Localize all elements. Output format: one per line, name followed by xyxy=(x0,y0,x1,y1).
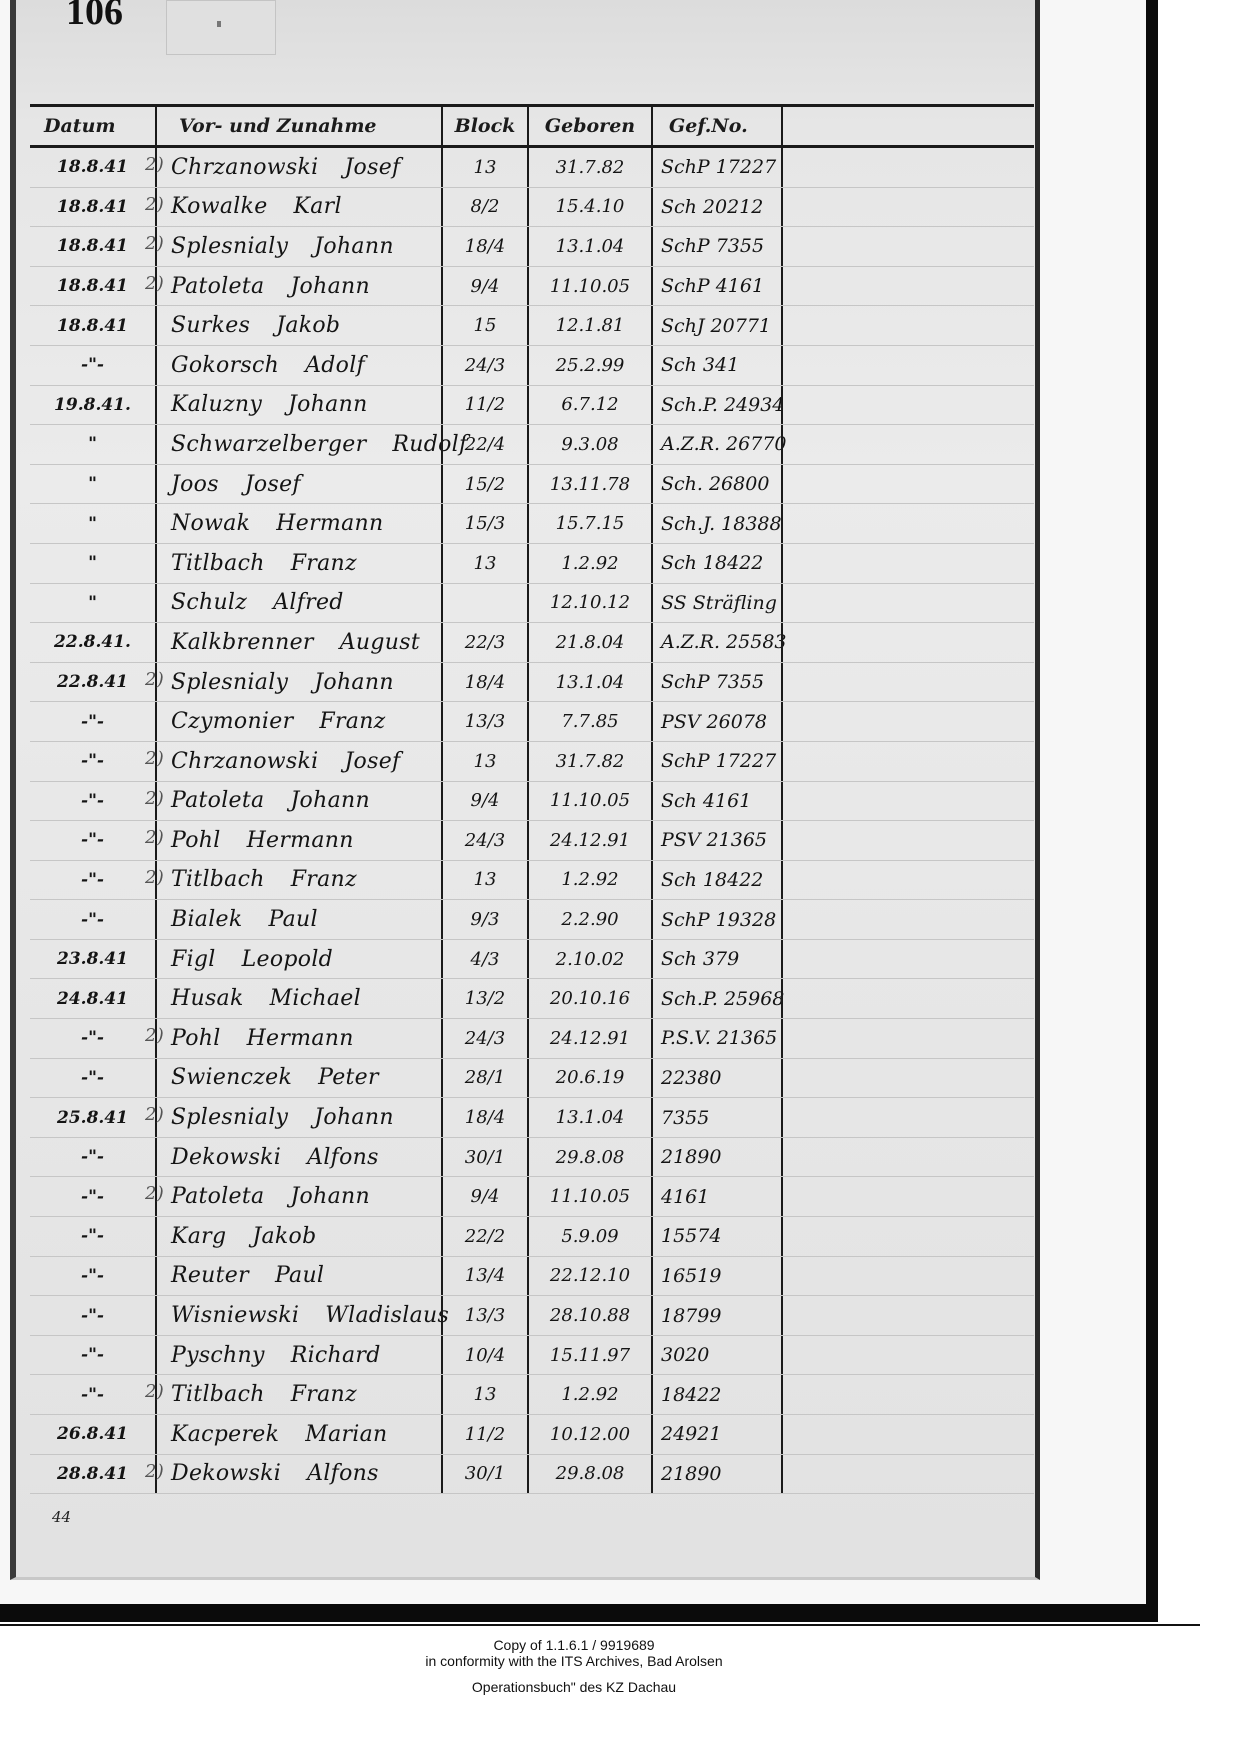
cell-block: 15/3 xyxy=(441,504,527,543)
cell-prisoner-no: Sch 379 xyxy=(651,940,781,979)
cell-surname: Splesnialy xyxy=(171,1105,288,1130)
cell-born: 31.7.82 xyxy=(527,742,651,781)
table-row: 22.8.412)SplesnialyJohann18/413.1.04SchP… xyxy=(30,663,1034,703)
table-row: -"-2)PatoletaJohann9/411.10.05Sch 4161 xyxy=(30,782,1034,822)
cell-block: 18/4 xyxy=(441,663,527,702)
cell-block: 13/2 xyxy=(441,979,527,1018)
cell-extra xyxy=(781,584,1034,623)
cell-surname: Kowalke xyxy=(171,194,268,219)
cell-born: 29.8.08 xyxy=(527,1455,651,1494)
cell-given-name: Leopold xyxy=(242,947,333,972)
cell-name: ReuterPaul xyxy=(155,1257,441,1296)
cell-date: 24.8.41 xyxy=(30,979,155,1018)
cell-born: 21.8.04 xyxy=(527,623,651,662)
cell-block: 9/4 xyxy=(441,782,527,821)
cell-extra xyxy=(781,1257,1034,1296)
cell-surname: Gokorsch xyxy=(171,353,279,378)
cell-name: 2)DekowskiAlfons xyxy=(155,1455,441,1494)
header-block: Block xyxy=(441,107,527,145)
cell-date: 18.8.41 xyxy=(30,227,155,266)
cell-prisoner-no: 7355 xyxy=(651,1098,781,1137)
table-row: "TitlbachFranz131.2.92Sch 18422 xyxy=(30,544,1034,584)
cell-prisoner-no: SchP 17227 xyxy=(651,742,781,781)
table-row: "SchwarzelbergerRudolf22/49.3.08A.Z.R. 2… xyxy=(30,425,1034,465)
cell-block: 13 xyxy=(441,544,527,583)
cell-given-name: Hermann xyxy=(247,828,354,853)
cell-surname: Titlbach xyxy=(171,867,265,892)
cell-date: " xyxy=(30,465,155,504)
cell-extra xyxy=(781,425,1034,464)
cell-date: -"- xyxy=(30,821,155,860)
cell-name: 2)SplesnialyJohann xyxy=(155,227,441,266)
header-born: Geboren xyxy=(527,107,651,145)
cell-extra xyxy=(781,346,1034,385)
cell-surname: Patoleta xyxy=(171,274,264,299)
cell-prisoner-no: 3020 xyxy=(651,1336,781,1375)
cell-prisoner-no: Sch.P. 24934 xyxy=(651,386,781,425)
cell-surname: Kalkbrenner xyxy=(171,630,314,655)
ledger-tail-row: 44 xyxy=(30,1494,1034,1554)
cell-block: 4/3 xyxy=(441,940,527,979)
cell-born: 12.10.12 xyxy=(527,584,651,623)
cell-mark: 2) xyxy=(145,1025,164,1046)
cell-given-name: Johann xyxy=(314,670,394,695)
cell-born: 11.10.05 xyxy=(527,267,651,306)
cell-name: KargJakob xyxy=(155,1217,441,1256)
cell-born: 25.2.99 xyxy=(527,346,651,385)
cell-surname: Schwarzelberger xyxy=(171,432,366,457)
cell-block: 18/4 xyxy=(441,227,527,266)
cell-prisoner-no: Sch 20212 xyxy=(651,188,781,227)
cell-surname: Patoleta xyxy=(171,1184,264,1209)
cell-prisoner-no: 4161 xyxy=(651,1177,781,1216)
cell-name: 2)KowalkeKarl xyxy=(155,188,441,227)
cell-block: 13 xyxy=(441,148,527,187)
cell-given-name: Josef xyxy=(245,472,301,497)
cell-mark: 2) xyxy=(145,788,164,809)
cell-name: 2)PatoletaJohann xyxy=(155,782,441,821)
cell-block: 22/3 xyxy=(441,623,527,662)
cell-born: 15.11.97 xyxy=(527,1336,651,1375)
cell-extra xyxy=(781,900,1034,939)
cell-given-name: Josef xyxy=(344,155,400,180)
cell-date: " xyxy=(30,504,155,543)
cell-prisoner-no: 21890 xyxy=(651,1455,781,1494)
cell-block: 15/2 xyxy=(441,465,527,504)
cell-prisoner-no: SchP 17227 xyxy=(651,148,781,187)
cell-given-name: Franz xyxy=(291,1382,357,1407)
cell-name: SchulzAlfred xyxy=(155,584,441,623)
cell-given-name: Hermann xyxy=(276,511,383,536)
cell-date: -"- xyxy=(30,1217,155,1256)
cell-extra xyxy=(781,1415,1034,1454)
cell-born: 28.10.88 xyxy=(527,1296,651,1335)
cell-date: 26.8.41 xyxy=(30,1415,155,1454)
cell-prisoner-no: Sch.P. 25968 xyxy=(651,979,781,1018)
cell-name: NowakHermann xyxy=(155,504,441,543)
cell-extra xyxy=(781,702,1034,741)
cell-mark: 2) xyxy=(145,748,164,769)
cell-block: 9/4 xyxy=(441,267,527,306)
cell-date: -"- xyxy=(30,742,155,781)
cell-prisoner-no: 15574 xyxy=(651,1217,781,1256)
cell-name: KalkbrennerAugust xyxy=(155,623,441,662)
cell-date: -"- xyxy=(30,861,155,900)
cell-name: 2)PatoletaJohann xyxy=(155,1177,441,1216)
cell-born: 24.12.91 xyxy=(527,1019,651,1058)
cell-name: SwienczekPeter xyxy=(155,1059,441,1098)
cell-date: -"- xyxy=(30,346,155,385)
cell-prisoner-no: Sch 18422 xyxy=(651,544,781,583)
cell-prisoner-no: SchP 7355 xyxy=(651,227,781,266)
cell-date: 19.8.41. xyxy=(30,386,155,425)
cell-born: 2.10.02 xyxy=(527,940,651,979)
cell-date: 22.8.41. xyxy=(30,623,155,662)
cell-born: 5.9.09 xyxy=(527,1217,651,1256)
cell-born: 11.10.05 xyxy=(527,1177,651,1216)
cell-given-name: Alfons xyxy=(307,1461,379,1486)
table-row: 19.8.41.KaluznyJohann11/26.7.12Sch.P. 24… xyxy=(30,386,1034,426)
cell-prisoner-no: SchP 19328 xyxy=(651,900,781,939)
cell-extra xyxy=(781,742,1034,781)
cell-born: 11.10.05 xyxy=(527,782,651,821)
cell-date: -"- xyxy=(30,900,155,939)
cell-given-name: Johann xyxy=(288,392,368,417)
table-row: -"-GokorschAdolf24/325.2.99Sch 341 xyxy=(30,346,1034,386)
cell-given-name: August xyxy=(340,630,420,655)
cell-name: 2)ChrzanowskiJosef xyxy=(155,742,441,781)
cell-prisoner-no: 21890 xyxy=(651,1138,781,1177)
table-row: -"-2)TitlbachFranz131.2.9218422 xyxy=(30,1375,1034,1415)
cell-extra xyxy=(781,1059,1034,1098)
cell-prisoner-no: 16519 xyxy=(651,1257,781,1296)
cell-block xyxy=(441,584,527,623)
cell-name: JoosJosef xyxy=(155,465,441,504)
cell-surname: Pohl xyxy=(171,828,221,853)
cell-date: -"- xyxy=(30,1336,155,1375)
cell-born: 29.8.08 xyxy=(527,1138,651,1177)
cell-mark: 2) xyxy=(145,669,164,690)
cell-surname: Reuter xyxy=(171,1263,249,1288)
cell-extra xyxy=(781,861,1034,900)
cell-surname: Karg xyxy=(171,1224,226,1249)
cell-mark: 2) xyxy=(145,1183,164,1204)
table-row: 28.8.412)DekowskiAlfons30/129.8.0821890 xyxy=(30,1455,1034,1495)
cell-extra xyxy=(781,782,1034,821)
cell-surname: Schulz xyxy=(171,590,247,615)
table-row: -"-SwienczekPeter28/120.6.1922380 xyxy=(30,1059,1034,1099)
cell-mark: 2) xyxy=(145,154,164,175)
cell-extra xyxy=(781,267,1034,306)
cell-date: " xyxy=(30,584,155,623)
cell-extra xyxy=(781,1217,1034,1256)
cell-date: " xyxy=(30,544,155,583)
cell-prisoner-no: Sch 4161 xyxy=(651,782,781,821)
cell-block: 24/3 xyxy=(441,821,527,860)
cell-surname: Splesnialy xyxy=(171,670,288,695)
cell-date: 23.8.41 xyxy=(30,940,155,979)
cell-born: 20.10.16 xyxy=(527,979,651,1018)
cell-mark: 2) xyxy=(145,1381,164,1402)
table-row: 18.8.412)ChrzanowskiJosef1331.7.82SchP 1… xyxy=(30,148,1034,188)
cell-extra xyxy=(781,1177,1034,1216)
cell-block: 28/1 xyxy=(441,1059,527,1098)
cell-prisoner-no: PSV 21365 xyxy=(651,821,781,860)
cell-name: KaluznyJohann xyxy=(155,386,441,425)
table-row: -"-BialekPaul9/32.2.90SchP 19328 xyxy=(30,900,1034,940)
archive-caption: Copy of 1.1.6.1 / 9919689 in conformity … xyxy=(0,1637,1148,1695)
cell-born: 10.12.00 xyxy=(527,1415,651,1454)
cell-date: 18.8.41 xyxy=(30,188,155,227)
cell-prisoner-no: A.Z.R. 25583 xyxy=(651,623,781,662)
cell-name: GokorschAdolf xyxy=(155,346,441,385)
cell-block: 8/2 xyxy=(441,188,527,227)
cell-extra xyxy=(781,148,1034,187)
cell-mark: 2) xyxy=(145,827,164,848)
cell-surname: Surkes xyxy=(171,313,250,338)
cell-prisoner-no: 24921 xyxy=(651,1415,781,1454)
table-row: "JoosJosef15/213.11.78Sch. 26800 xyxy=(30,465,1034,505)
cell-given-name: Johann xyxy=(314,234,394,259)
cell-block: 13/3 xyxy=(441,1296,527,1335)
cell-mark: 2) xyxy=(145,1104,164,1125)
cell-prisoner-no: Sch 18422 xyxy=(651,861,781,900)
cell-date: -"- xyxy=(30,782,155,821)
cell-block: 18/4 xyxy=(441,1098,527,1137)
table-row: 18.8.412)PatoletaJohann9/411.10.05SchP 4… xyxy=(30,267,1034,307)
cell-prisoner-no: SS Sträfling xyxy=(651,584,781,623)
cell-given-name: Hermann xyxy=(247,1026,354,1051)
cell-born: 1.2.92 xyxy=(527,544,651,583)
caption-copy-reference: Copy of 1.1.6.1 / 9919689 xyxy=(0,1637,1148,1653)
table-row: -"-2)ChrzanowskiJosef1331.7.82SchP 17227 xyxy=(30,742,1034,782)
cell-given-name: Franz xyxy=(291,551,357,576)
cell-date: -"- xyxy=(30,1059,155,1098)
cell-born: 31.7.82 xyxy=(527,148,651,187)
table-row: 23.8.41FiglLeopold4/32.10.02Sch 379 xyxy=(30,940,1034,980)
cell-block: 13 xyxy=(441,742,527,781)
cell-given-name: Paul xyxy=(269,907,318,932)
cell-given-name: Josef xyxy=(344,749,400,774)
cell-date: 18.8.41 xyxy=(30,306,155,345)
cell-born: 13.1.04 xyxy=(527,663,651,702)
cell-surname: Kacperek xyxy=(171,1422,279,1447)
cell-date: -"- xyxy=(30,1019,155,1058)
cell-prisoner-no: P.S.V. 21365 xyxy=(651,1019,781,1058)
cell-extra xyxy=(781,940,1034,979)
cell-date: " xyxy=(30,425,155,464)
cell-name: 2)TitlbachFranz xyxy=(155,861,441,900)
cell-name: 2)ChrzanowskiJosef xyxy=(155,148,441,187)
cell-surname: Swienczek xyxy=(171,1065,292,1090)
cell-given-name: Karl xyxy=(294,194,342,219)
cell-surname: Titlbach xyxy=(171,551,265,576)
table-row: 18.8.41SurkesJakob1512.1.81SchJ 20771 xyxy=(30,306,1034,346)
cell-given-name: Wladislaus xyxy=(325,1303,449,1328)
cell-extra xyxy=(781,227,1034,266)
cell-extra xyxy=(781,1138,1034,1177)
table-row: 26.8.41KacperekMarian11/210.12.0024921 xyxy=(30,1415,1034,1455)
cell-extra xyxy=(781,1336,1034,1375)
cell-prisoner-no: PSV 26078 xyxy=(651,702,781,741)
cell-given-name: Franz xyxy=(291,867,357,892)
cell-born: 7.7.85 xyxy=(527,702,651,741)
cell-prisoner-no: Sch. 26800 xyxy=(651,465,781,504)
cell-name: SurkesJakob xyxy=(155,306,441,345)
cell-name: HusakMichael xyxy=(155,979,441,1018)
cell-date: 25.8.41 xyxy=(30,1098,155,1137)
caption-conformity: in conformity with the ITS Archives, Bad… xyxy=(0,1653,1148,1669)
table-row: 18.8.412)KowalkeKarl8/215.4.10Sch 20212 xyxy=(30,188,1034,228)
cell-name: WisniewskiWladislaus xyxy=(155,1296,441,1335)
cell-mark: 2) xyxy=(145,233,164,254)
divider xyxy=(0,1624,1200,1626)
cell-block: 13 xyxy=(441,1375,527,1414)
cell-born: 1.2.92 xyxy=(527,861,651,900)
cell-born: 15.4.10 xyxy=(527,188,651,227)
table-row: -"-WisniewskiWladislaus13/328.10.8818799 xyxy=(30,1296,1034,1336)
cell-given-name: Paul xyxy=(275,1263,324,1288)
cell-extra xyxy=(781,979,1034,1018)
cell-given-name: Alfons xyxy=(307,1145,379,1170)
cell-name: FiglLeopold xyxy=(155,940,441,979)
cell-born: 15.7.15 xyxy=(527,504,651,543)
table-row: -"-PyschnyRichard10/415.11.973020 xyxy=(30,1336,1034,1376)
cell-prisoner-no: Sch 341 xyxy=(651,346,781,385)
cell-date: 18.8.41 xyxy=(30,148,155,187)
cell-mark: 2) xyxy=(145,194,164,215)
cell-prisoner-no: SchJ 20771 xyxy=(651,306,781,345)
cell-born: 22.12.10 xyxy=(527,1257,651,1296)
cell-surname: Dekowski xyxy=(171,1145,281,1170)
table-row: -"-2)PohlHermann24/324.12.91PSV 21365 xyxy=(30,821,1034,861)
cell-extra xyxy=(781,663,1034,702)
cell-surname: Dekowski xyxy=(171,1461,281,1486)
cell-prisoner-no: A.Z.R. 26770 xyxy=(651,425,781,464)
table-row: "SchulzAlfred12.10.12SS Sträfling xyxy=(30,584,1034,624)
cell-surname: Pohl xyxy=(171,1026,221,1051)
cell-block: 24/3 xyxy=(441,1019,527,1058)
cell-extra xyxy=(781,386,1034,425)
cell-given-name: Michael xyxy=(270,986,361,1011)
cell-date: -"- xyxy=(30,1138,155,1177)
table-row: 25.8.412)SplesnialyJohann18/413.1.047355 xyxy=(30,1098,1034,1138)
cell-extra xyxy=(781,306,1034,345)
cell-given-name: Richard xyxy=(291,1343,381,1368)
cell-block: 11/2 xyxy=(441,386,527,425)
cell-given-name: Jakob xyxy=(252,1224,316,1249)
cell-date: -"- xyxy=(30,1296,155,1335)
cell-surname: Husak xyxy=(171,986,244,1011)
cell-given-name: Marian xyxy=(305,1422,387,1447)
cell-block: 22/2 xyxy=(441,1217,527,1256)
cell-born: 6.7.12 xyxy=(527,386,651,425)
cell-block: 9/4 xyxy=(441,1177,527,1216)
cell-block: 13/3 xyxy=(441,702,527,741)
cell-given-name: Alfred xyxy=(273,590,344,615)
cell-given-name: Franz xyxy=(319,709,385,734)
cell-prisoner-no: Sch.J. 18388 xyxy=(651,504,781,543)
cell-name: 2)PatoletaJohann xyxy=(155,267,441,306)
cell-born: 12.1.81 xyxy=(527,306,651,345)
cell-extra xyxy=(781,504,1034,543)
cell-extra xyxy=(781,544,1034,583)
cell-date: 22.8.41 xyxy=(30,663,155,702)
cell-surname: Patoleta xyxy=(171,788,264,813)
cell-prisoner-no: SchP 4161 xyxy=(651,267,781,306)
header-date: Datum xyxy=(30,107,155,145)
cell-date: -"- xyxy=(30,1257,155,1296)
cell-name: 2)TitlbachFranz xyxy=(155,1375,441,1414)
cell-name: 2)PohlHermann xyxy=(155,1019,441,1058)
cell-born: 9.3.08 xyxy=(527,425,651,464)
stamp-mark xyxy=(166,0,276,55)
cell-given-name: Johann xyxy=(290,788,370,813)
table-row: -"-KargJakob22/25.9.0915574 xyxy=(30,1217,1034,1257)
cell-given-name: Johann xyxy=(290,274,370,299)
cell-prisoner-no: 18422 xyxy=(651,1375,781,1414)
cell-name: TitlbachFranz xyxy=(155,544,441,583)
cell-name: CzymonierFranz xyxy=(155,702,441,741)
cell-surname: Joos xyxy=(171,472,219,497)
cell-name: 2)PohlHermann xyxy=(155,821,441,860)
table-row: -"-CzymonierFranz13/37.7.85PSV 26078 xyxy=(30,702,1034,742)
cell-block: 10/4 xyxy=(441,1336,527,1375)
cell-surname: Chrzanowski xyxy=(171,155,318,180)
cell-extra xyxy=(781,465,1034,504)
cell-surname: Splesnialy xyxy=(171,234,288,259)
header-prisoner-no: Gef.No. xyxy=(651,107,781,145)
cell-block: 30/1 xyxy=(441,1455,527,1494)
page-number: 106 xyxy=(66,0,123,34)
cell-surname: Wisniewski xyxy=(171,1303,299,1328)
table-row: -"-ReuterPaul13/422.12.1016519 xyxy=(30,1257,1034,1297)
cell-mark: 2) xyxy=(145,867,164,888)
cell-extra xyxy=(781,821,1034,860)
cell-date: 28.8.41 xyxy=(30,1455,155,1494)
cell-block: 13/4 xyxy=(441,1257,527,1296)
cell-mark: 2) xyxy=(145,273,164,294)
cell-surname: Chrzanowski xyxy=(171,749,318,774)
cell-extra xyxy=(781,623,1034,662)
cell-mark: 2) xyxy=(145,1461,164,1482)
cell-date: -"- xyxy=(30,702,155,741)
cell-surname: Figl xyxy=(171,947,216,972)
cell-name: PyschnyRichard xyxy=(155,1336,441,1375)
cell-extra xyxy=(781,1296,1034,1335)
table-row: "NowakHermann15/315.7.15Sch.J. 18388 xyxy=(30,504,1034,544)
table-row: -"-2)PatoletaJohann9/411.10.054161 xyxy=(30,1177,1034,1217)
cell-name: BialekPaul xyxy=(155,900,441,939)
ledger-table: Datum Vor- und Zunahme Block Geboren Gef… xyxy=(30,104,1034,1554)
cell-surname: Bialek xyxy=(171,907,243,932)
cell-extra xyxy=(781,1019,1034,1058)
table-row: -"-2)TitlbachFranz131.2.92Sch 18422 xyxy=(30,861,1034,901)
cell-date: -"- xyxy=(30,1375,155,1414)
cell-born: 13.11.78 xyxy=(527,465,651,504)
cell-given-name: Johann xyxy=(290,1184,370,1209)
header-name: Vor- und Zunahme xyxy=(155,107,441,145)
caption-source-title: Operationsbuch" des KZ Dachau xyxy=(0,1679,1148,1695)
table-row: -"-2)PohlHermann24/324.12.91P.S.V. 21365 xyxy=(30,1019,1034,1059)
cell-name: 2)SplesnialyJohann xyxy=(155,1098,441,1137)
cell-block: 13 xyxy=(441,861,527,900)
cell-date: 18.8.41 xyxy=(30,267,155,306)
header-extra xyxy=(781,107,1034,145)
ledger-body: 18.8.412)ChrzanowskiJosef1331.7.82SchP 1… xyxy=(30,148,1034,1494)
ledger-header-row: Datum Vor- und Zunahme Block Geboren Gef… xyxy=(30,104,1034,148)
cell-born: 1.2.92 xyxy=(527,1375,651,1414)
